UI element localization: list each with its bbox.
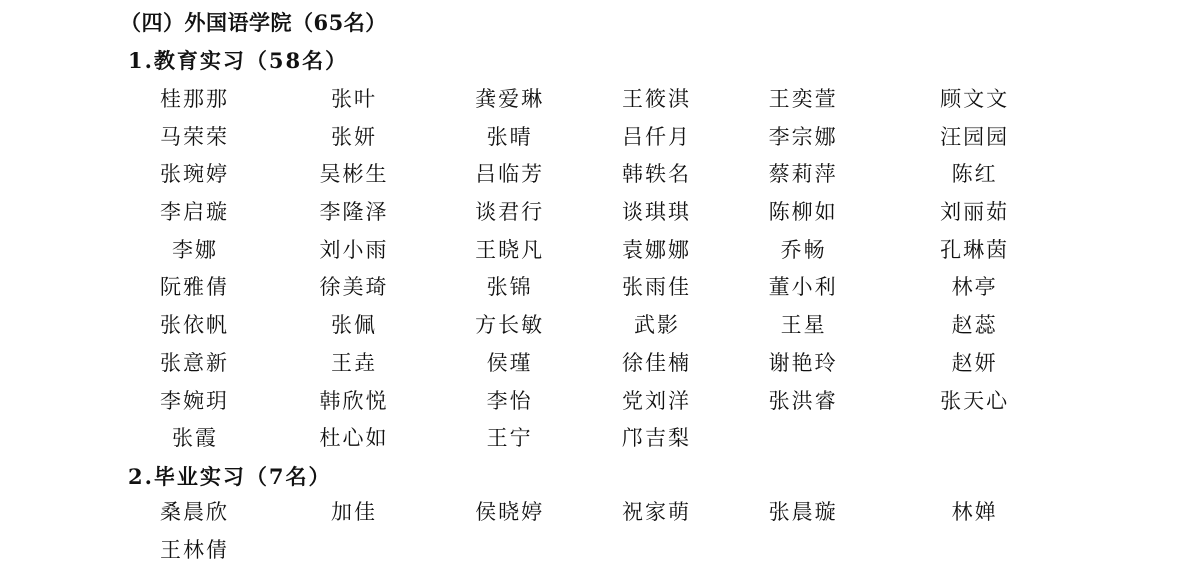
name-cell: 谈君行 (427, 197, 582, 235)
name-cell: 张晴 (427, 122, 582, 160)
name-cell: 谈琪琪 (582, 197, 737, 235)
name-cell: 加佳 (273, 497, 428, 535)
name-cell: 韩轶名 (582, 159, 737, 197)
name-cell: 桑晨欣 (118, 497, 273, 535)
name-cell: 乔畅 (737, 235, 892, 273)
name-cell: 侯晓婷 (427, 497, 582, 535)
name-cell: 李隆泽 (273, 197, 428, 235)
college-heading: （四）外国语学院（65名） (120, 10, 387, 36)
name-cell: 龚爱琳 (427, 84, 582, 122)
name-cell: 吴彬生 (273, 159, 428, 197)
name-cell: 侯瑾 (427, 348, 582, 386)
name-cell: 赵蕊 (891, 310, 1046, 348)
name-cell: 张妍 (273, 122, 428, 160)
name-cell: 武影 (582, 310, 737, 348)
name-cell: 李启璇 (118, 197, 273, 235)
name-cell: 王林倩 (118, 535, 273, 572)
name-cell: 韩欣悦 (273, 386, 428, 424)
name-cell: 王晓凡 (427, 235, 582, 273)
name-cell: 张叶 (273, 84, 428, 122)
name-cell: 张锦 (427, 272, 582, 310)
name-cell: 谢艳玲 (737, 348, 892, 386)
name-cell: 董小利 (737, 272, 892, 310)
section-title-education-internship: 1.教育实习（58名） (128, 48, 348, 74)
name-cell: 党刘洋 (582, 386, 737, 424)
name-cell: 王垚 (273, 348, 428, 386)
name-cell: 蔡莉萍 (737, 159, 892, 197)
name-cell: 王星 (737, 310, 892, 348)
name-cell: 赵妍 (891, 348, 1046, 386)
name-cell: 张洪睿 (737, 386, 892, 424)
name-cell: 陈柳如 (737, 197, 892, 235)
name-cell: 汪园园 (891, 122, 1046, 160)
name-cell: 孔琳茵 (891, 235, 1046, 273)
graduation-internship-name-grid: 桑晨欣加佳侯晓婷祝家萌张晨璇林婵王林倩 (118, 497, 1046, 572)
name-cell: 顾文文 (891, 84, 1046, 122)
section-title-graduation-internship: 2.毕业实习（7名） (128, 464, 332, 490)
name-cell: 阮雅倩 (118, 272, 273, 310)
name-cell: 李宗娜 (737, 122, 892, 160)
name-cell: 张天心 (891, 386, 1046, 424)
education-internship-name-grid: 桂那那张叶龚爱琳王筱淇王奕萱顾文文马荣荣张妍张晴吕仟月李宗娜汪园园张琬婷吴彬生吕… (118, 84, 1046, 461)
name-cell: 桂那那 (118, 84, 273, 122)
name-cell: 刘小雨 (273, 235, 428, 273)
name-cell: 张琬婷 (118, 159, 273, 197)
name-cell: 张佩 (273, 310, 428, 348)
name-cell: 徐佳楠 (582, 348, 737, 386)
name-cell: 刘丽茹 (891, 197, 1046, 235)
name-cell: 杜心如 (273, 423, 428, 461)
name-cell: 李婉玥 (118, 386, 273, 424)
name-cell: 张雨佳 (582, 272, 737, 310)
name-cell: 李怡 (427, 386, 582, 424)
name-cell: 张依帆 (118, 310, 273, 348)
name-cell: 林婵 (891, 497, 1046, 535)
name-cell: 马荣荣 (118, 122, 273, 160)
name-cell: 王筱淇 (582, 84, 737, 122)
name-cell: 张霞 (118, 423, 273, 461)
name-cell: 王宁 (427, 423, 582, 461)
name-cell: 张晨璇 (737, 497, 892, 535)
name-cell: 王奕萱 (737, 84, 892, 122)
name-cell: 吕临芳 (427, 159, 582, 197)
name-cell: 邝吉梨 (582, 423, 737, 461)
name-cell: 陈红 (891, 159, 1046, 197)
name-cell: 方长敏 (427, 310, 582, 348)
name-cell: 吕仟月 (582, 122, 737, 160)
name-cell: 祝家萌 (582, 497, 737, 535)
name-cell: 张意新 (118, 348, 273, 386)
name-cell: 李娜 (118, 235, 273, 273)
name-cell: 林亭 (891, 272, 1046, 310)
name-cell: 袁娜娜 (582, 235, 737, 273)
name-cell: 徐美琦 (273, 272, 428, 310)
